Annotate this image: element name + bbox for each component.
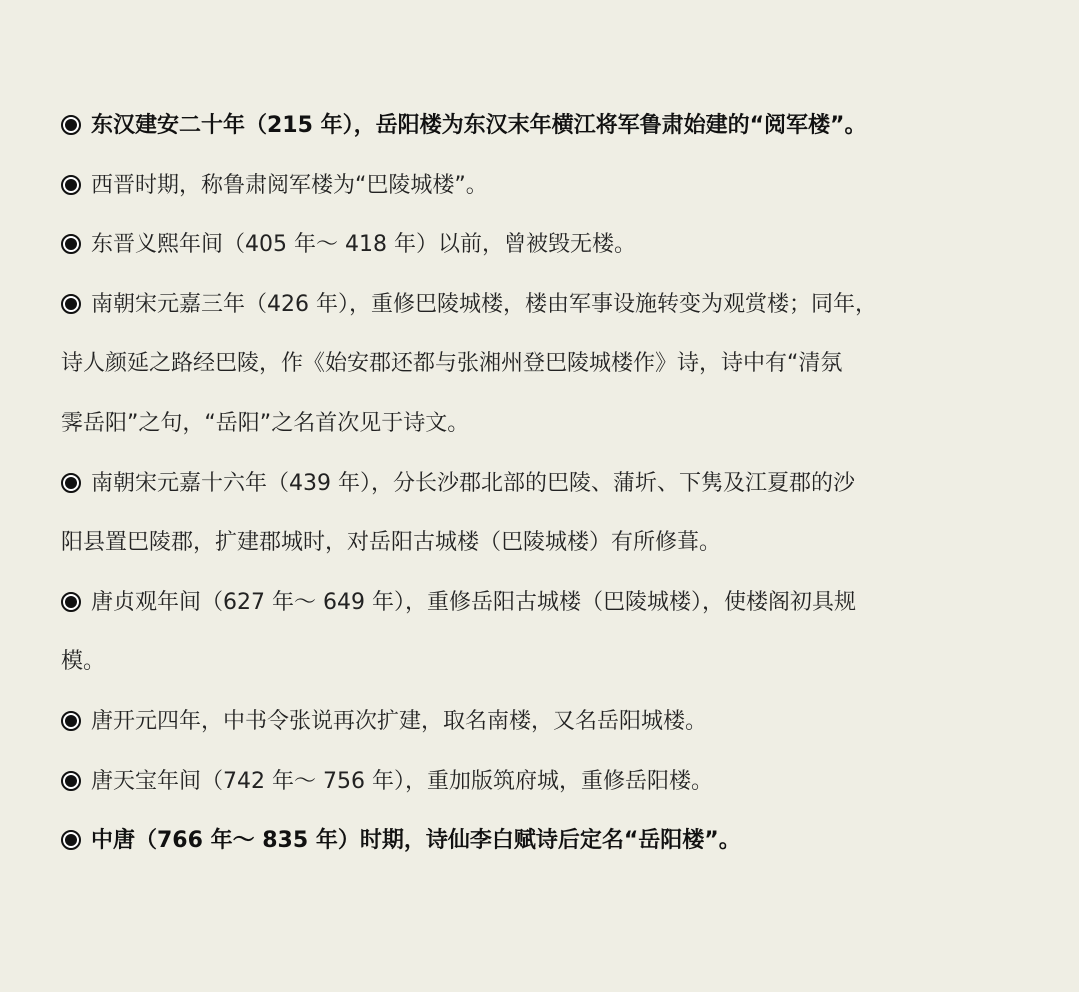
- entry-7-line-1: 唐开元四年，中书令张说再次扩建，取名南楼，又名岳阳城楼。: [61, 692, 961, 752]
- entry-text: 唐贞观年间（627 年～ 649 年），重修岳阳古城楼（巴陵城楼），使楼阁初具规: [91, 590, 856, 615]
- entry-text: 西晋时期，称鲁肃阅军楼为“巴陵城楼”。: [91, 173, 488, 198]
- entry-text: 模。: [61, 649, 105, 674]
- entry-8-line-1: 唐天宝年间（742 年～ 756 年），重加版筑府城，重修岳阳楼。: [61, 752, 961, 812]
- fisheye-bullet-icon: [61, 771, 81, 791]
- entry-1-line-1: 东汉建安二十年（215 年），岳阳楼为东汉末年横江将军鲁肃始建的“阅军楼”。: [61, 96, 961, 156]
- entry-6-line-2: 模。: [61, 632, 961, 692]
- fisheye-bullet-icon: [61, 175, 81, 195]
- entry-text: 东汉建安二十年（215 年），岳阳楼为东汉末年横江将军鲁肃始建的“阅军楼”。: [91, 113, 867, 138]
- entry-9-line-1: 中唐（766 年～ 835 年）时期，诗仙李白赋诗后定名“岳阳楼”。: [61, 811, 961, 871]
- entry-5-line-2: 阳县置巴陵郡，扩建郡城时，对岳阳古城楼（巴陵城楼）有所修葺。: [61, 513, 961, 573]
- entry-text: 南朝宋元嘉三年（426 年），重修巴陵城楼，楼由军事设施转变为观赏楼；同年，: [91, 292, 877, 317]
- entry-text: 唐开元四年，中书令张说再次扩建，取名南楼，又名岳阳城楼。: [91, 709, 707, 734]
- entry-text: 唐天宝年间（742 年～ 756 年），重加版筑府城，重修岳阳楼。: [91, 769, 713, 794]
- fisheye-bullet-icon: [61, 234, 81, 254]
- fisheye-bullet-icon: [61, 711, 81, 731]
- entry-5-line-1: 南朝宋元嘉十六年（439 年），分长沙郡北部的巴陵、蒲圻、下隽及江夏郡的沙: [61, 454, 961, 514]
- fisheye-bullet-icon: [61, 830, 81, 850]
- fisheye-bullet-icon: [61, 115, 81, 135]
- entry-4-line-1: 南朝宋元嘉三年（426 年），重修巴陵城楼，楼由军事设施转变为观赏楼；同年，: [61, 275, 961, 335]
- entry-text: 阳县置巴陵郡，扩建郡城时，对岳阳古城楼（巴陵城楼）有所修葺。: [61, 530, 721, 555]
- entry-text: 霁岳阳”之句，“岳阳”之名首次见于诗文。: [61, 411, 469, 436]
- entry-text: 南朝宋元嘉十六年（439 年），分长沙郡北部的巴陵、蒲圻、下隽及江夏郡的沙: [91, 471, 855, 496]
- entry-2-line-1: 西晋时期，称鲁肃阅军楼为“巴陵城楼”。: [61, 156, 961, 216]
- entry-4-line-2: 诗人颜延之路经巴陵，作《始安郡还都与张湘州登巴陵城楼作》诗，诗中有“清氛: [61, 334, 961, 394]
- fisheye-bullet-icon: [61, 294, 81, 314]
- history-timeline-document: 东汉建安二十年（215 年），岳阳楼为东汉末年横江将军鲁肃始建的“阅军楼”。 西…: [61, 96, 961, 871]
- fisheye-bullet-icon: [61, 473, 81, 493]
- fisheye-bullet-icon: [61, 592, 81, 612]
- entry-4-line-3: 霁岳阳”之句，“岳阳”之名首次见于诗文。: [61, 394, 961, 454]
- entry-3-line-1: 东晋义熙年间（405 年～ 418 年）以前，曾被毁无楼。: [61, 215, 961, 275]
- entry-text: 东晋义熙年间（405 年～ 418 年）以前，曾被毁无楼。: [91, 232, 636, 257]
- entry-text: 中唐（766 年～ 835 年）时期，诗仙李白赋诗后定名“岳阳楼”。: [91, 828, 741, 853]
- entry-text: 诗人颜延之路经巴陵，作《始安郡还都与张湘州登巴陵城楼作》诗，诗中有“清氛: [61, 351, 842, 376]
- entry-6-line-1: 唐贞观年间（627 年～ 649 年），重修岳阳古城楼（巴陵城楼），使楼阁初具规: [61, 573, 961, 633]
